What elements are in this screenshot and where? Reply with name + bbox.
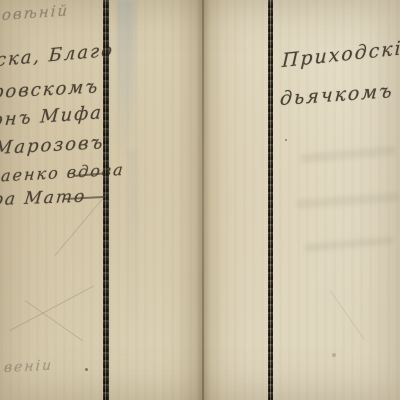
paper-discoloration <box>117 0 135 160</box>
ink-speck <box>285 139 287 141</box>
bleed-through-mark <box>296 192 400 208</box>
bleed-through-mark <box>304 236 394 252</box>
handwriting-line: Марозовъ <box>0 132 105 159</box>
handwriting-line: онъ Мифа <box>0 102 104 131</box>
gutter-fold-line <box>202 0 204 400</box>
column-rule-left <box>103 0 109 400</box>
paper-scratch <box>10 285 94 330</box>
ink-speck <box>85 368 88 371</box>
document-scan: овѣній ска, Благо ровскомъ онъ Мифа Маро… <box>0 0 400 400</box>
handwriting-line: дьячкомъ <box>279 80 394 110</box>
handwriting-line: веніи <box>3 357 53 376</box>
paper-scratch <box>330 290 365 340</box>
column-rule-right <box>268 0 273 400</box>
paper-discoloration <box>128 150 138 330</box>
handwriting-line: ровскомъ <box>0 76 100 103</box>
handwriting-line: Приходскій <box>282 36 400 72</box>
handwriting-line: ска, Благо <box>0 40 114 71</box>
handwriting-line: овѣній <box>1 1 69 24</box>
gutter-fold <box>178 0 224 400</box>
ink-speck <box>332 353 336 357</box>
bleed-through-mark <box>300 146 396 163</box>
